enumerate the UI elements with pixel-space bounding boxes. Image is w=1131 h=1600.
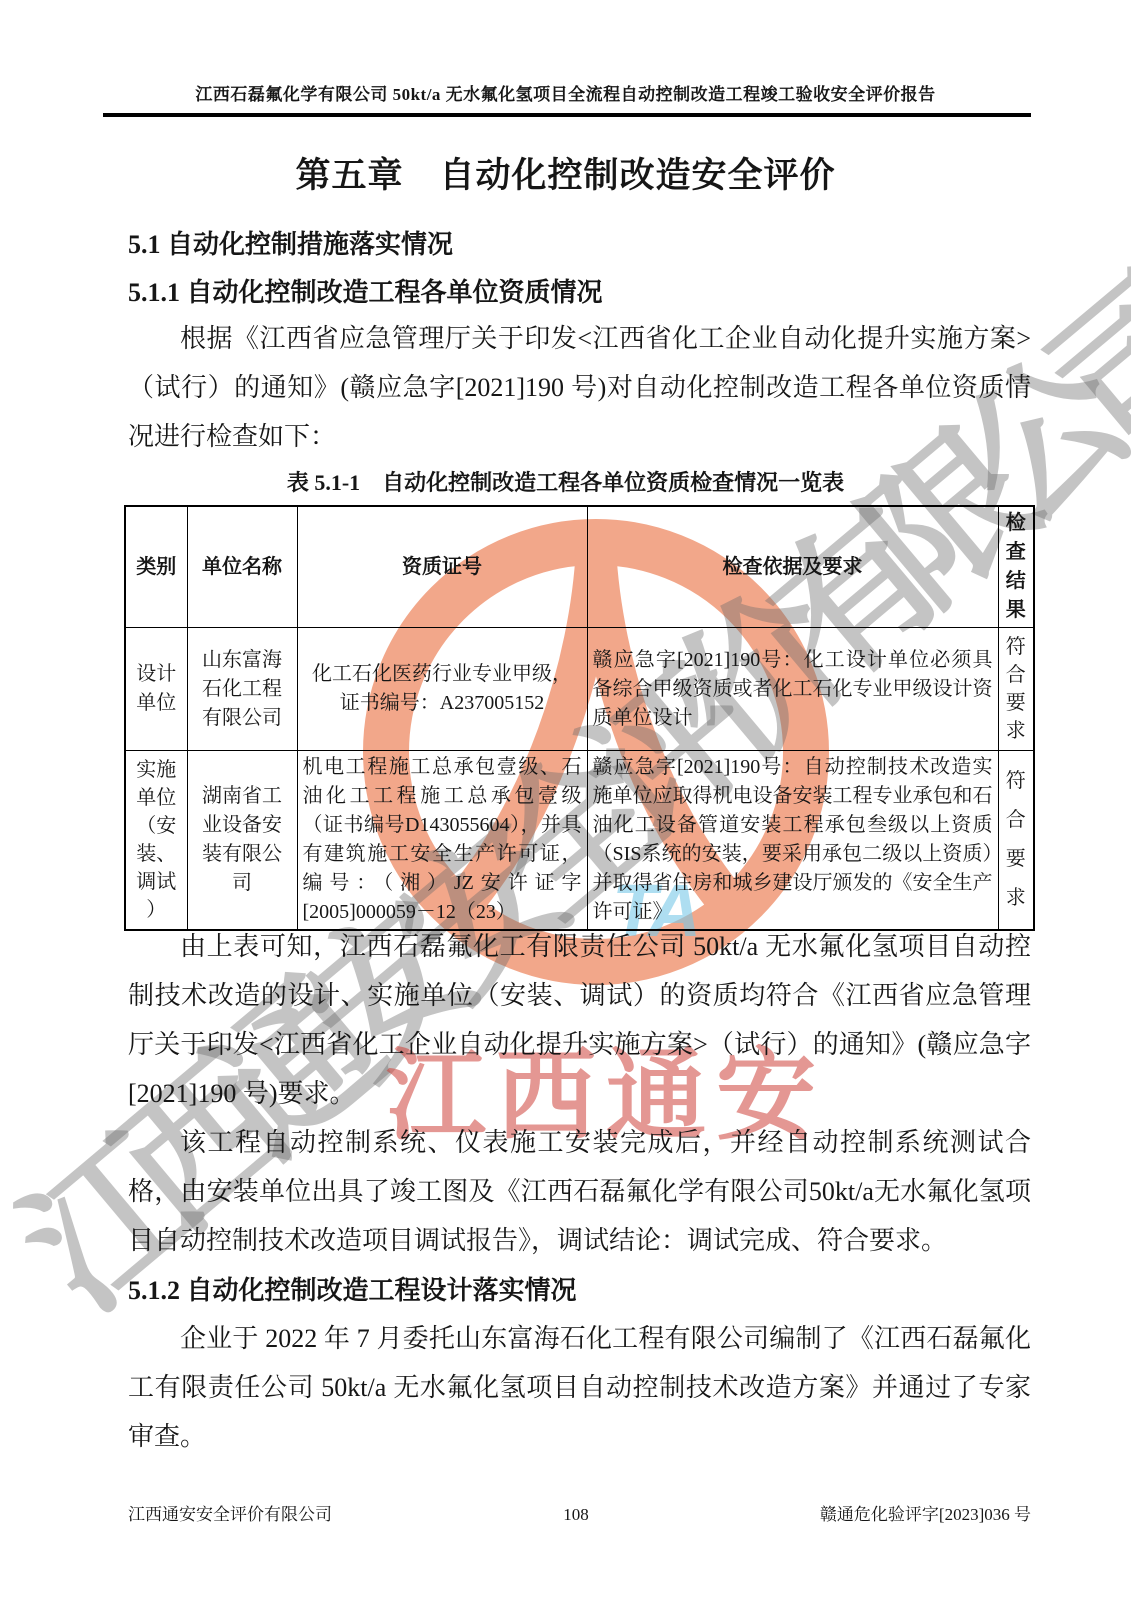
- footer-doc-number: 赣通危化验评字[2023]036 号: [820, 1500, 1031, 1525]
- footer-page-number: 108: [563, 1505, 589, 1525]
- cell-result: 符 合 要 求: [998, 628, 1034, 751]
- col-header-unit-name: 单位名称: [187, 506, 297, 628]
- table-header-row: 类别 单位名称 资质证号 检查依据及要求 检 查 结 果: [125, 506, 1034, 628]
- cell-category: 设计 单位: [125, 628, 187, 751]
- table-row-implementation-unit: 实施 单位 （安 装、 调试 ） 湖南省工 业设备安 装有限公 司 机电工程施工…: [125, 751, 1034, 931]
- table-row-design-unit: 设计 单位 山东富海 石化工程 有限公司 化工石化医药行业专业甲级， 证书编号：…: [125, 628, 1034, 751]
- report-page: TA 江西通安安全评价有限公司 江西通安 江西石磊氟化学有限公司 50kt/a …: [0, 0, 1131, 1600]
- page-content: 江西石磊氟化学有限公司 50kt/a 无水氟化氢项目全流程自动控制改造工程竣工验…: [0, 0, 1131, 1600]
- page-footer: 江西通安安全评价有限公司 108 赣通危化验评字[2023]036 号: [128, 1500, 1031, 1525]
- col-header-category: 类别: [125, 506, 187, 628]
- col-header-result: 检 查 结 果: [998, 506, 1034, 628]
- paragraph-design: 企业于 2022 年 7 月委托山东富海石化工程有限公司编制了《江西石磊氟化工有…: [128, 1314, 1031, 1461]
- running-header: 江西石磊氟化学有限公司 50kt/a 无水氟化氢项目全流程自动控制改造工程竣工验…: [100, 80, 1031, 105]
- cell-certificate: 化工石化医药行业专业甲级， 证书编号：A237005152: [297, 628, 587, 751]
- section-heading-5-1-1: 5.1.1 自动化控制改造工程各单位资质情况: [128, 272, 603, 309]
- col-header-basis: 检查依据及要求: [587, 506, 998, 628]
- paragraph-conclusion-2: 该工程自动控制系统、仪表施工安装完成后，并经自动控制系统测试合格，由安装单位出具…: [128, 1118, 1031, 1265]
- footer-company: 江西通安安全评价有限公司: [128, 1500, 332, 1525]
- paragraph-conclusion-1: 由上表可知，江西石磊氟化工有限责任公司 50kt/a 无水氟化氢项目自动控制技术…: [128, 922, 1031, 1118]
- col-header-certificate: 资质证号: [297, 506, 587, 628]
- cell-basis: 赣应急字[2021]190号：化工设计单位必须具备综合甲级资质或者化工石化专业甲…: [587, 628, 998, 751]
- table-caption: 表 5.1-1 自动化控制改造工程各单位资质检查情况一览表: [0, 466, 1131, 497]
- chapter-title: 第五章 自动化控制改造安全评价: [0, 148, 1131, 198]
- section-heading-5-1: 5.1 自动化控制措施落实情况: [128, 224, 453, 261]
- cell-unit-name: 湖南省工 业设备安 装有限公 司: [187, 751, 297, 931]
- cell-certificate: 机电工程施工总承包壹级、石油化工工程施工总承包壹级（证书编号D143055604…: [297, 751, 587, 931]
- cell-result: 符 合 要 求: [998, 751, 1034, 931]
- cell-unit-name: 山东富海 石化工程 有限公司: [187, 628, 297, 751]
- header-rule: [103, 113, 1031, 117]
- paragraph-intro: 根据《江西省应急管理厅关于印发<江西省化工企业自动化提升实施方案>（试行）的通知…: [128, 314, 1031, 461]
- cell-category: 实施 单位 （安 装、 调试 ）: [125, 751, 187, 931]
- qualification-check-table: 类别 单位名称 资质证号 检查依据及要求 检 查 结 果 设计 单位 山东富海 …: [124, 505, 1035, 931]
- cell-basis: 赣应急字[2021]190号：自动控制技术改造实施单位应取得机电设备安装工程专业…: [587, 751, 998, 931]
- section-heading-5-1-2: 5.1.2 自动化控制改造工程设计落实情况: [128, 1270, 577, 1307]
